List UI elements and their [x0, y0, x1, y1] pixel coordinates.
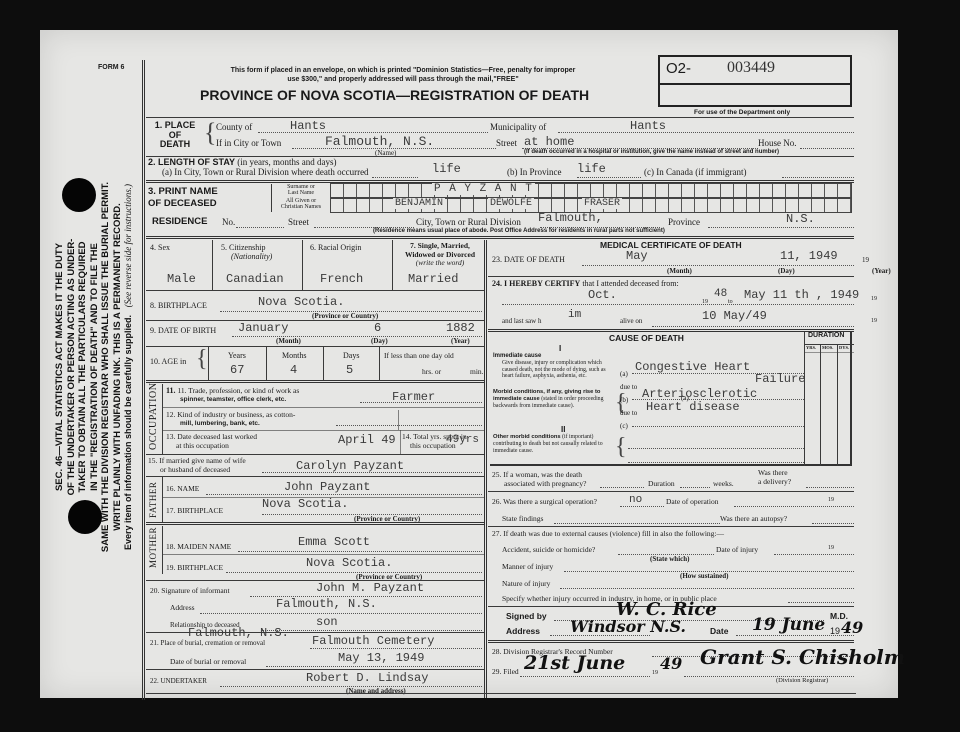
marital-status-value: Married: [408, 272, 458, 286]
department-note: For use of the Department only: [694, 109, 790, 116]
stay-city-value: life: [432, 162, 461, 176]
year-prefix: 19: [871, 318, 877, 324]
age-label: 10. AGE in: [150, 357, 186, 366]
immediate-cause-desc: Give disease, injury or complication whi…: [502, 360, 616, 380]
cause-b-value-cont: Heart disease: [646, 400, 740, 414]
duration-label: Duration: [648, 479, 675, 488]
label: spinner, teamster, office clerk, etc.: [166, 395, 299, 404]
last-worked-value: April 49: [338, 433, 396, 447]
manner-label: Manner of injury: [502, 562, 553, 571]
nature-label: Nature of injury: [502, 579, 550, 588]
industry-label: 12. Kind of industry or business, as cot…: [166, 410, 295, 428]
medical-certificate-title: MEDICAL CERTIFICATE OF DEATH: [600, 240, 742, 250]
racial-origin-label: 6. Racial Origin: [310, 243, 361, 252]
given-name-2: DEWOLFE: [488, 198, 534, 209]
date-of-death-label: 23. DATE OF DEATH: [492, 255, 565, 264]
form-number: FORM 6: [98, 64, 124, 71]
registrar-caption: (Division Registrar): [776, 677, 828, 684]
given-names-label: All Given or Christian Names: [274, 198, 328, 210]
years-label: Years: [228, 351, 246, 360]
last-saw-pronoun: im: [568, 309, 581, 321]
residence-label: RESIDENCE: [152, 216, 207, 227]
day-caption: (Day): [371, 337, 388, 345]
year-prefix: 19: [871, 296, 877, 302]
year-caption: (Year): [451, 337, 470, 345]
sidebar-line: SAME WITH THE DIVISION REGISTRAR WHO SHA…: [100, 132, 112, 602]
duration-dys: DYS.: [839, 345, 849, 350]
occupation-section-label: OCCUPATION: [148, 383, 159, 450]
month-caption: (Month): [667, 267, 692, 275]
month-caption: (Month): [276, 337, 301, 345]
days-label: Days: [343, 351, 359, 360]
sidebar-line: (See reverse side for instructions.): [123, 184, 133, 307]
months-label: Months: [282, 351, 306, 360]
cause-of-death-title: CAUSE OF DEATH: [609, 333, 684, 343]
operation-label: 26. Was there a surgical operation?: [492, 497, 597, 506]
year-caption: (Year): [872, 267, 891, 275]
year-prefix: 19: [828, 497, 834, 503]
burial-place: Falmouth Cemetery: [312, 634, 434, 648]
age-years: 67: [230, 363, 244, 377]
burial-date-label: Date of burial or removal: [170, 657, 246, 666]
to-label: to: [728, 299, 733, 305]
dob-year: 1882: [446, 321, 475, 335]
alive-on-label: alive on: [620, 317, 642, 325]
autopsy-label: Was there an autopsy?: [720, 514, 787, 523]
label: Last Name: [274, 190, 328, 196]
duration-mos: MOS.: [822, 345, 833, 350]
residence-province-value: N.S.: [786, 212, 815, 226]
label: 13. Date deceased last worked: [166, 432, 257, 441]
registration-number: 003449: [727, 59, 775, 77]
label: 3. PRINT NAME: [148, 186, 218, 198]
due-to-label: due to: [620, 383, 637, 391]
label: that I attended deceased from:: [582, 279, 678, 288]
residence-street-label: Street: [288, 217, 309, 227]
residence-no-label: No.: [222, 217, 235, 227]
spouse-label: 15. If married give name of wife or husb…: [148, 456, 246, 474]
house-label: House No.: [758, 138, 797, 148]
dob-day: 6: [374, 321, 381, 335]
trade-label: 11. 11. Trade, profession, or kind of wo…: [166, 386, 299, 404]
birthplace-value: Nova Scotia.: [258, 295, 344, 309]
label: or husband of deceased: [148, 465, 246, 474]
trade-value: Farmer: [392, 390, 435, 404]
page-title: PROVINCE OF NOVA SCOTIA—REGISTRATION OF …: [200, 87, 589, 103]
county-value: Hants: [290, 119, 326, 133]
state-which-caption: (State which): [650, 555, 689, 563]
label: 12. Kind of industry or business, as cot…: [166, 410, 295, 419]
mailing-notice-line: This form if placed in an envelope, on w…: [203, 66, 603, 75]
immediate-cause-label: Immediate cause: [493, 353, 541, 359]
label: mill, lumbering, bank, etc.: [166, 419, 295, 428]
label: 24. I HEREBY CERTIFY: [492, 279, 580, 288]
stay-city-label: (a) In City, Town or Rural Division wher…: [162, 167, 369, 177]
father-birthplace: Nova Scotia.: [262, 497, 348, 511]
operation-date-label: Date of operation: [666, 497, 718, 506]
filed-label: 29. Filed: [492, 667, 519, 676]
sidebar-line: IN THE "REGISTRATION OF DEATH" AND TO FI…: [89, 132, 101, 602]
mother-section-label: MOTHER: [148, 527, 158, 568]
label: Other morbid conditions: [493, 434, 561, 440]
spouse-name: Carolyn Payzant: [296, 459, 404, 473]
relationship-value: son: [316, 615, 338, 629]
label: a delivery?: [758, 477, 791, 486]
total-years-value: 49yrs: [446, 434, 479, 446]
signature-date: 19 June: [752, 615, 825, 635]
street-label: Street: [496, 138, 517, 148]
address-label: Address: [506, 626, 540, 636]
stay-province-value: life: [577, 162, 606, 176]
father-name: John Payzant: [284, 480, 370, 494]
min-label: min.: [470, 367, 484, 376]
injury-date-label: Date of injury: [716, 545, 758, 554]
label: Was there: [758, 468, 791, 477]
physician-address: Windsor N.S.: [570, 617, 686, 636]
delivery-label: Was there a delivery?: [758, 468, 791, 486]
morbid-conditions-label: Morbid conditions, if any, giving rise t…: [493, 389, 619, 410]
death-registration-form: SEC. 46—VITAL STATISTICS ACT MAKES IT TH…: [40, 30, 898, 698]
filed-date: 21st June: [524, 652, 625, 674]
residence-city-value: Falmouth,: [538, 211, 603, 225]
last-saw-label: and last saw h: [502, 317, 541, 325]
stay-canada-label: (c) In Canada (if immigrant): [644, 167, 746, 177]
roman-numeral-2: II: [561, 425, 565, 434]
roman-numeral-1: I: [559, 344, 561, 353]
day-caption: (Day): [778, 267, 795, 275]
cause-b-value: Arteriosclerotic: [642, 387, 757, 401]
sidebar-line: OF THE UNDERTAKER OR PERSON ACTING AS UN…: [66, 132, 78, 602]
given-name-3: FRASER: [582, 198, 622, 209]
mailing-notice: This form if placed in an envelope, on w…: [203, 66, 603, 84]
length-of-stay-label: 2. LENGTH OF STAY (in years, months and …: [148, 157, 337, 167]
age-days: 5: [346, 363, 353, 377]
registration-number-box: O2- 003449: [658, 55, 852, 107]
registrar-signature: Grant S. Chisholm: [700, 645, 905, 669]
label: 15. If married give name of wife: [148, 456, 246, 465]
sidebar-line: TAKER TO OBTAIN ALL THE PARTICULARS REQU…: [77, 132, 89, 602]
municipality-label: Municipality of: [490, 122, 546, 132]
date-label: Date: [710, 626, 728, 636]
year-prefix: 19: [702, 299, 708, 305]
year-prefix: 19: [862, 256, 869, 264]
sex-label: 4. Sex: [150, 243, 170, 252]
attended-from-year: 48: [714, 288, 727, 300]
registration-prefix: O2-: [666, 60, 691, 77]
last-worked-label: 13. Date deceased last worked at this oc…: [166, 432, 257, 450]
age-months: 4: [290, 363, 297, 377]
marital-status-label: 7. Single, Married, Widowed or Divorced …: [398, 242, 482, 268]
hrs-label: hrs. or: [422, 367, 441, 376]
county-label: County of: [216, 122, 252, 132]
how-sustained-caption: (How sustained): [680, 572, 728, 580]
residence-note: (Residence means usual place of abode. P…: [373, 228, 665, 234]
external-causes-label: 27. If death was due to external causes …: [492, 529, 724, 538]
street-value: at home: [524, 135, 574, 149]
sex-value: Male: [167, 272, 196, 286]
label: at this occupation: [166, 441, 257, 450]
surname-value: P A Y Z A N T: [432, 183, 535, 195]
municipality-value: Hants: [630, 119, 666, 133]
label: 2. LENGTH OF STAY: [148, 157, 235, 167]
label-sub: (in years, months and days): [237, 157, 336, 167]
city-label: If in City or Town: [216, 138, 281, 148]
sidebar-line: Every item of information should be care…: [123, 315, 133, 550]
informant-signature: John M. Payzant: [316, 581, 424, 595]
mother-maiden-name: Emma Scott: [298, 535, 370, 549]
sidebar-line: WRITE PLAINLY WITH UNFADING INK. THIS IS…: [112, 132, 124, 602]
alive-on-date: 10 May/49: [702, 309, 767, 323]
father-name-label: 16. NAME: [166, 484, 199, 493]
undertaker-label: 22. UNDERTAKER: [150, 677, 207, 685]
stay-province-label: (b) In Province: [507, 167, 561, 177]
pregnancy-label: 25. If a woman, was the death associated…: [492, 470, 586, 488]
signed-by-label: Signed by: [506, 611, 547, 621]
mother-birthplace-label: 19. BIRTHPLACE: [166, 563, 223, 572]
father-section-label: FATHER: [148, 482, 158, 518]
city-value: Falmouth, N.S.: [325, 134, 434, 149]
cause-a-value-cont: Failure: [755, 372, 805, 386]
certify-label: 24. I HEREBY CERTIFY that I attended dec…: [492, 279, 679, 288]
weeks-label: weeks.: [713, 479, 734, 488]
dob-month: January: [238, 321, 288, 335]
mother-birthplace: Nova Scotia.: [306, 556, 392, 570]
due-to-label: due to: [620, 409, 637, 417]
residence-city-label: City, Town or Rural Division: [416, 217, 521, 227]
date-of-death-month: May: [626, 249, 648, 263]
label: OF DECEASED: [148, 198, 218, 210]
sidebar-instructions: SEC. 46—VITAL STATISTICS ACT MAKES IT TH…: [54, 132, 135, 602]
label: Christian Names: [274, 204, 328, 210]
burial-date: May 13, 1949: [338, 651, 424, 665]
attended-from: Oct.: [588, 288, 617, 302]
citizenship-label: 5. Citizenship (Nationality): [221, 243, 272, 261]
cause-c-label: (c): [620, 422, 628, 430]
date-of-death-day: 11, 1949: [780, 249, 838, 263]
dob-label: 9. DATE OF BIRTH: [150, 326, 216, 335]
accident-label: Accident, suicide or homicide?: [502, 545, 595, 554]
birthplace-label: 8. BIRTHPLACE: [150, 301, 207, 310]
less-than-day-label: If less than one day old: [384, 351, 454, 360]
year-prefix: 19: [828, 545, 834, 551]
label: 11. Trade, profession, or kind of work a…: [177, 386, 299, 395]
label: associated with pregnancy?: [492, 479, 586, 488]
birthplace-caption: (Province or Country): [312, 312, 378, 320]
mother-maiden-label: 18. MAIDEN NAME: [166, 542, 231, 551]
informant-address-label: Address: [170, 603, 195, 612]
filed-year: 49: [660, 654, 682, 673]
informant-signature-label: 20. Signature of informant: [150, 586, 230, 595]
operation-value: no: [629, 494, 642, 506]
cause-a-value: Congestive Heart: [635, 360, 750, 374]
label: (write the word): [398, 259, 482, 268]
cause-b-label: (b): [620, 396, 628, 404]
given-name-1: BENJAMIN: [393, 198, 445, 209]
signature-year: 49: [841, 618, 863, 637]
label-sub: (Nationality): [221, 252, 272, 261]
label: 25. If a woman, was the death: [492, 470, 582, 479]
findings-label: State findings: [502, 514, 543, 523]
father-birthplace-label: 17. BIRTHPLACE: [166, 506, 223, 515]
racial-origin-value: French: [320, 272, 363, 286]
sidebar-line: SEC. 46—VITAL STATISTICS ACT MAKES IT TH…: [54, 132, 66, 602]
mailing-notice-line: use $300," and properly addressed will p…: [203, 75, 603, 84]
year-prefix: 19: [830, 626, 840, 636]
label: DEATH: [148, 140, 202, 150]
duration-title: DURATION: [808, 332, 844, 339]
year-prefix: 19: [652, 670, 658, 676]
surname-label: Surname or Last Name: [274, 184, 328, 196]
cause-a-label: (a): [620, 370, 628, 378]
surname-box: [330, 183, 852, 198]
duration-yrs: YRS.: [806, 345, 816, 350]
attended-to: May 11 th , 1949: [744, 288, 859, 302]
informant-address: Falmouth, N.S.: [276, 597, 377, 611]
citizenship-value: Canadian: [226, 272, 284, 286]
other-morbid-label: Other morbid conditions (if important) c…: [493, 434, 619, 455]
print-name-label: 3. PRINT NAME OF DECEASED: [148, 186, 218, 210]
label: 5. Citizenship: [221, 243, 272, 252]
residence-province-label: Province: [668, 217, 700, 227]
burial-place-above: Falmouth, N.S.: [188, 626, 289, 640]
hospital-note: (If death occurred in a hospital or inst…: [524, 149, 779, 155]
burial-place-label: 21. Place of burial, cremation or remova…: [150, 639, 265, 647]
undertaker-value: Robert D. Lindsay: [306, 671, 428, 685]
place-of-death-label: 1. PLACE OF DEATH: [148, 121, 202, 150]
